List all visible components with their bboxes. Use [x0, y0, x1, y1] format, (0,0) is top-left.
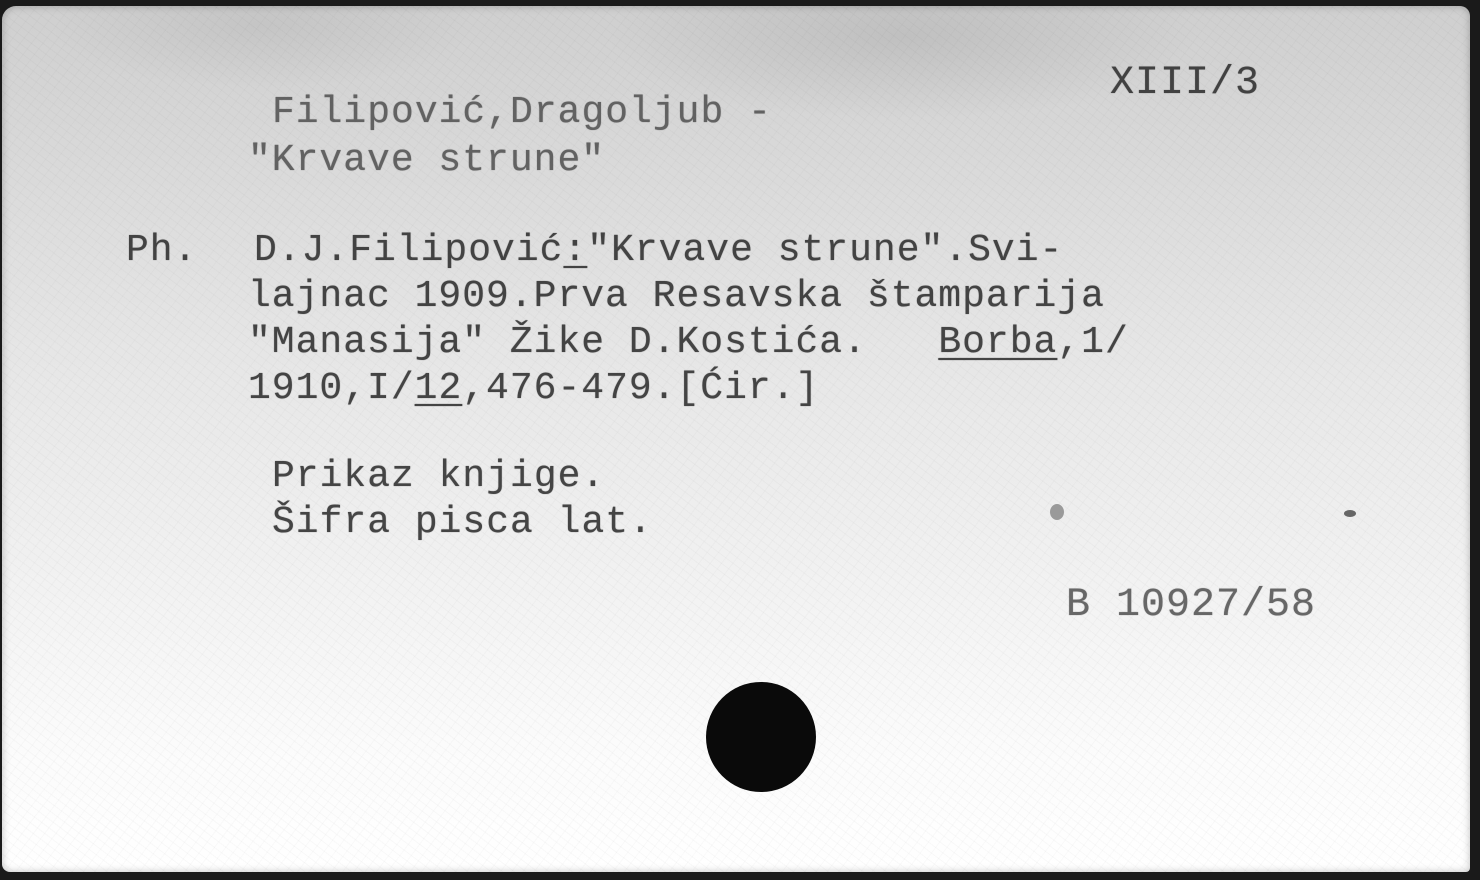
punch-hole — [706, 682, 816, 792]
heading-title: "Krvave strune" — [248, 142, 605, 180]
entry-volume: ,1/ — [1057, 321, 1128, 364]
entry-printer: "Manasija" Žike D.Kostića. — [248, 321, 938, 364]
catalog-card: XIII/3 Filipović,Dragoljub - "Krvave str… — [2, 6, 1470, 872]
entry-line-1: D.J.Filipović:"Krvave strune".Svi- — [254, 232, 1063, 270]
entry-pages: ,476-479.[Ćir.] — [462, 367, 819, 410]
accession-number: B 10927/58 — [1066, 586, 1316, 626]
entry-line-4: 1910,I/12,476-479.[Ćir.] — [248, 370, 819, 408]
ink-speck — [1344, 510, 1356, 517]
entry-colon: : — [563, 229, 587, 272]
entry-journal: Borba — [938, 321, 1057, 364]
note-review: Prikaz knjige. — [272, 458, 605, 496]
note-code: Šifra pisca lat. — [272, 504, 653, 542]
heading-author: Filipović,Dragoljub - — [272, 94, 772, 132]
entry-year: 1910,I/ — [248, 367, 415, 410]
entry-line-3: "Manasija" Žike D.Kostića. Borba,1/ — [248, 324, 1129, 362]
entry-author: D.J.Filipović — [254, 229, 563, 272]
call-number: XIII/3 — [1110, 64, 1260, 104]
entry-label: Ph. — [126, 232, 197, 270]
entry-line-2: lajnac 1909.Prva Resavska štamparija — [248, 278, 1105, 316]
entry-issue: 12 — [415, 367, 463, 410]
entry-title-publisher: "Krvave strune".Svi- — [587, 229, 1063, 272]
ink-speck — [1050, 504, 1064, 520]
